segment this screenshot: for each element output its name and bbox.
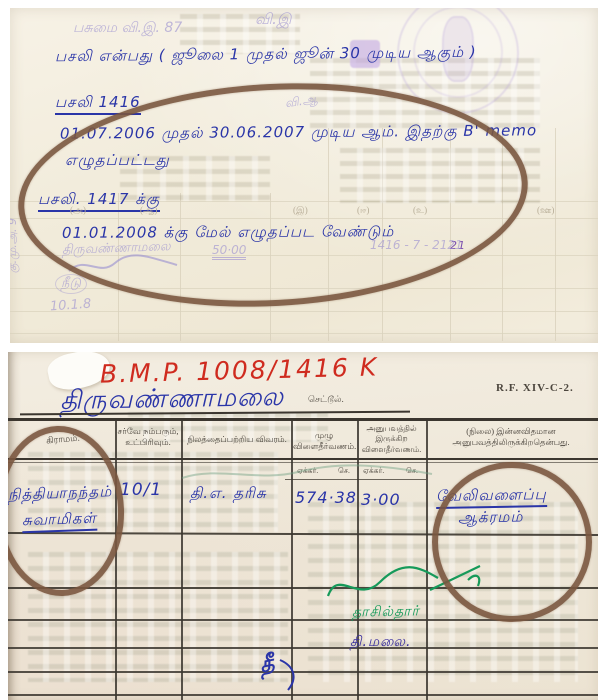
margin-note-vertical: கு.மு.அ. 9 [10, 218, 19, 273]
faint-handwriting: வி.இ [255, 10, 291, 30]
faint-date: 10.1.8 [50, 297, 92, 315]
header-full-assessment: முழு விளைதீர்வணம். [293, 430, 355, 452]
row-line [8, 647, 598, 649]
bottom-scanned-page: B.M.P. 1008/1416 K செட்டூல். R.F. XIV-C-… [8, 352, 598, 700]
faint-scribble [178, 460, 438, 486]
row-full-assessment: 574·38 [295, 488, 357, 507]
grid-line [555, 128, 556, 341]
column-letter-uu: (ஊ) [537, 205, 554, 217]
row-line [8, 694, 598, 696]
form-reference: R.F. XIV-C-2. [496, 382, 574, 394]
row-land-details: தி.எ. தரிசு [190, 484, 267, 504]
printed-subtitle: செட்டூல். [308, 394, 344, 406]
header-enjoyment-assessment: அனுபவத்தில் இருக்கிற விளைதீர்வணம். [359, 424, 424, 455]
grid-line [10, 311, 598, 312]
table-top-border [8, 418, 598, 421]
highlight-circle-right [432, 462, 592, 622]
column-line [115, 418, 117, 700]
row-enjoyment-assessment: 3·00 [361, 490, 401, 509]
header-land-details: நிலத்தைப்பற்றிய விவரம். [185, 434, 289, 446]
faint-handwriting: பசுமை வி.இ. 87 [73, 20, 182, 38]
header-survey: சர்வே நம்பரும், உட்பிரிவும். [117, 426, 179, 448]
row-survey-number: 10/1 [120, 480, 162, 500]
tahsildar-label: தாசில்தார் [352, 603, 420, 622]
header-status: (நிலை) இன்னவிதமான அனுபவத்திலிருக்கிறதென்… [436, 426, 586, 449]
place-abbreviation: தி.மலை. [350, 634, 412, 652]
top-scanned-page: வி.ஆ பசுமை வி.இ. 87 வி.இ பசலி என்பது ( ஜ… [10, 8, 598, 343]
grid-line [10, 333, 598, 334]
initial-flourish [276, 656, 306, 692]
